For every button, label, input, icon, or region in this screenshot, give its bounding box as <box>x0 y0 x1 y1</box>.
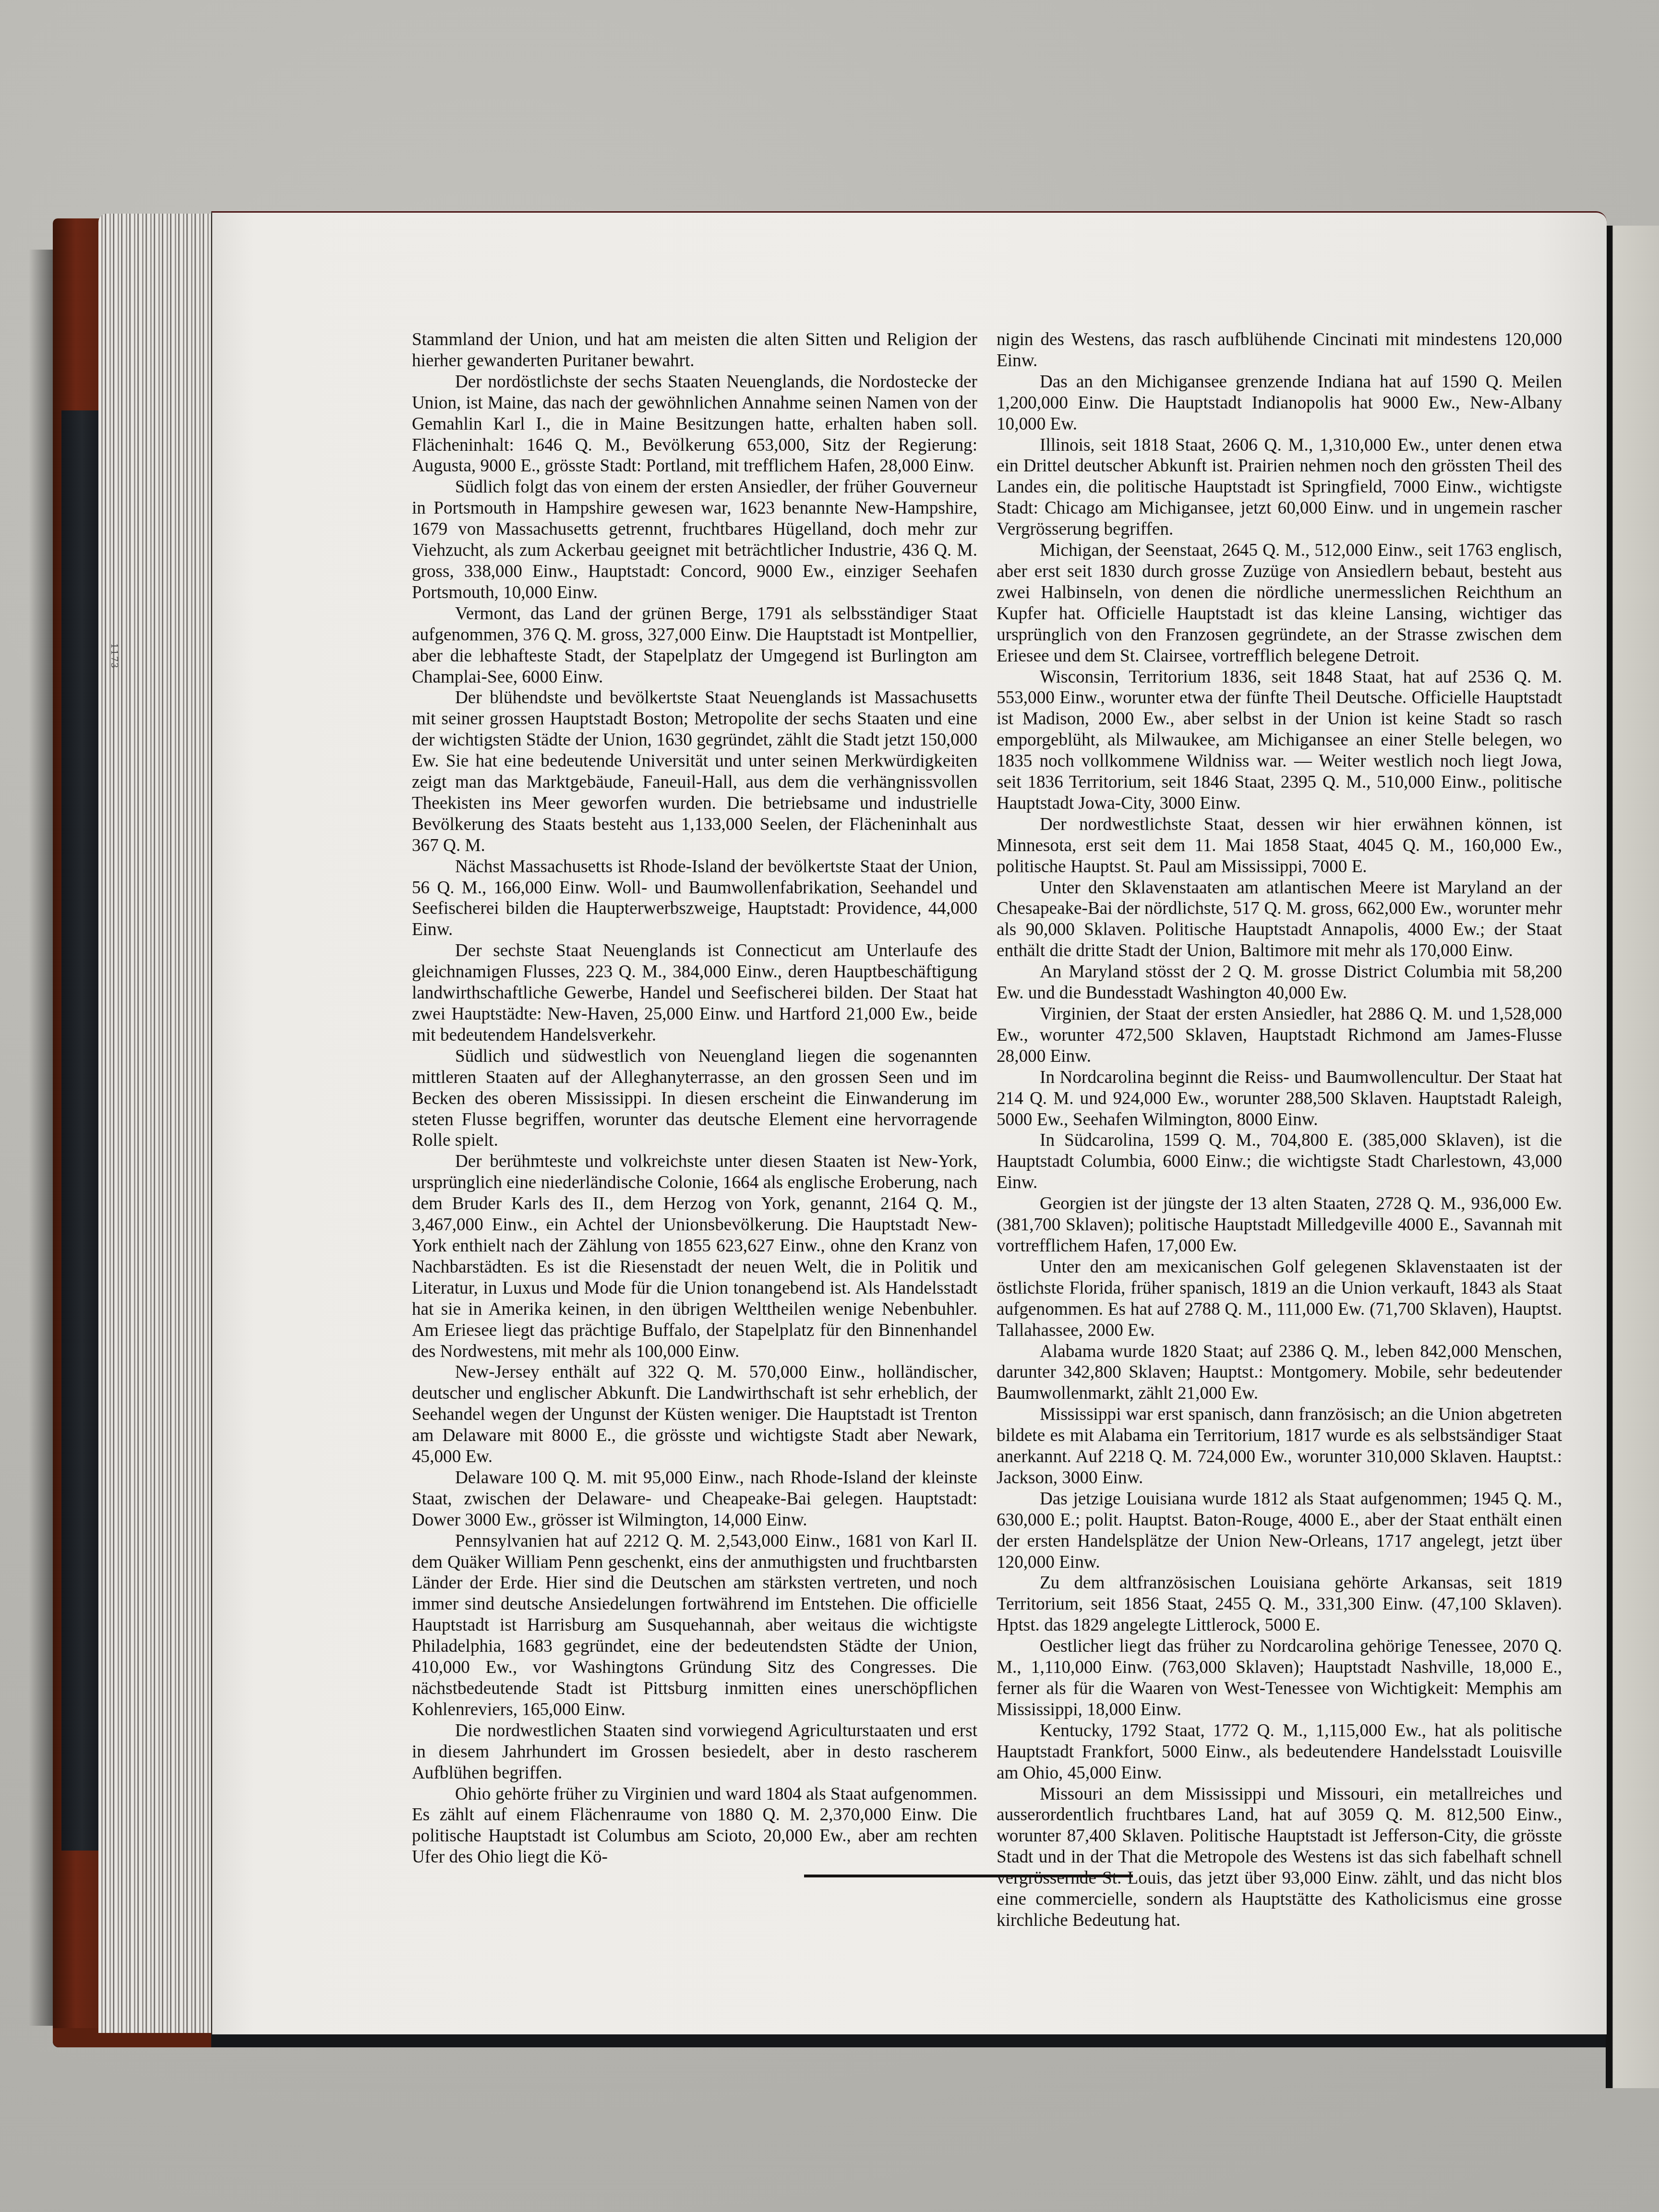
paragraph: Das an den Michigansee grenzende Indiana… <box>997 372 1562 435</box>
paragraph: Virginien, der Staat der ersten Ansiedle… <box>997 1004 1562 1067</box>
paragraph: Mississippi war erst spanisch, dann fran… <box>997 1404 1562 1489</box>
paragraph: In Nordcarolina beginnt die Reiss- und B… <box>997 1067 1562 1130</box>
paragraph: Vermont, das Land der grünen Berge, 1791… <box>412 603 977 688</box>
end-rule <box>804 1875 1133 1877</box>
paragraph: Nächst Massachusetts ist Rhode-Island de… <box>412 856 977 941</box>
paragraph: Georgien ist der jüngste der 13 alten St… <box>997 1193 1562 1257</box>
paragraph: Zu dem altfranzösischen Louisiana gehört… <box>997 1573 1562 1636</box>
paragraph: Unter den Sklavenstaaten am atlantischen… <box>997 878 1562 962</box>
paragraph: Alabama wurde 1820 Staat; auf 2386 Q. M.… <box>997 1341 1562 1405</box>
paragraph: nigin des Westens, das rasch aufblühende… <box>997 329 1562 372</box>
paragraph: Das jetzige Louisiana wurde 1812 als Sta… <box>997 1489 1562 1573</box>
paragraph: Stammland der Union, und hat am meisten … <box>412 329 977 372</box>
paragraph: Illinois, seit 1818 Staat, 2606 Q. M., 1… <box>997 435 1562 541</box>
text-columns: Stammland der Union, und hat am meisten … <box>412 329 1564 1875</box>
paragraph: Wisconsin, Territorium 1836, seit 1848 S… <box>997 667 1562 814</box>
facing-page-edge <box>1606 226 1659 2088</box>
paragraph: Der sechste Staat Neuenglands ist Connec… <box>412 940 977 1046</box>
paragraph: Delaware 100 Q. M. mit 95,000 Einw., nac… <box>412 1467 977 1531</box>
paragraph: Ohio gehörte früher zu Virginien und war… <box>412 1784 977 1868</box>
paragraph: Pennsylvanien hat auf 2212 Q. M. 2,543,0… <box>412 1531 977 1720</box>
left-column: Stammland der Union, und hat am meisten … <box>412 329 977 1868</box>
paragraph: Missouri an dem Mississippi und Missouri… <box>997 1784 1562 1931</box>
spine-marking: 1173 <box>109 643 119 669</box>
paragraph: Der blühendste und bevölkertste Staat Ne… <box>412 687 977 856</box>
paragraph: Unter den am mexicanischen Golf gelegene… <box>997 1257 1562 1341</box>
paragraph: Die nordwestlichen Staaten sind vorwiege… <box>412 1720 977 1784</box>
paragraph: Kentucky, 1792 Staat, 1772 Q. M., 1,115,… <box>997 1720 1562 1784</box>
paragraph: Südlich folgt das von einem der ersten A… <box>412 477 977 603</box>
paragraph: An Maryland stösst der 2 Q. M. grosse Di… <box>997 962 1562 1004</box>
paragraph: Der nordöstlichste der sechs Staaten Neu… <box>412 372 977 477</box>
paragraph: In Südcarolina, 1599 Q. M., 704,800 E. (… <box>997 1130 1562 1193</box>
paragraph: Michigan, der Seenstaat, 2645 Q. M., 512… <box>997 540 1562 666</box>
cover-cloth <box>61 410 102 1851</box>
right-column: nigin des Westens, das rasch aufblühende… <box>997 329 1562 1931</box>
page-stack-edges <box>98 214 214 2033</box>
paragraph: Der berühmteste und volkreichste unter d… <box>412 1151 977 1362</box>
paragraph: New-Jersey enthält auf 322 Q. M. 570,000… <box>412 1362 977 1467</box>
paragraph: Oestlicher liegt das früher zu Nordcarol… <box>997 1636 1562 1720</box>
paragraph: Der nordwestlichste Staat, dessen wir hi… <box>997 814 1562 878</box>
paragraph: Südlich und südwestlich von Neuengland l… <box>412 1046 977 1152</box>
